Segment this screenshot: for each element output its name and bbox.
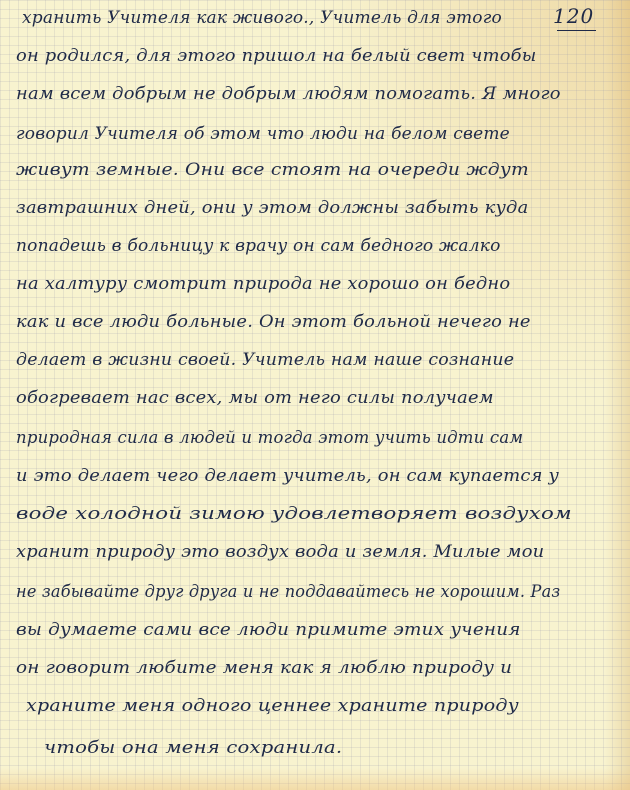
text-line: как и все люди больные. Он этот больной …: [16, 312, 531, 332]
notebook-page: 120 хранить Учителя как живого., Учитель…: [0, 0, 630, 790]
text-line: не забывайте друг друга и не поддавайтес…: [16, 582, 560, 602]
text-line: делает в жизни своей. Учитель нам наше с…: [16, 350, 514, 370]
text-line: живут земные. Они все стоят на очереди ж…: [16, 160, 529, 180]
text-line: нам всем добрым не добрым людям помогать…: [16, 84, 561, 104]
text-line: хранить Учителя как живого., Учитель для…: [22, 8, 502, 28]
handwritten-text: хранить Учителя как живого., Учитель для…: [0, 0, 630, 790]
text-line: природная сила в людей и тогда этот учит…: [16, 428, 523, 448]
text-line: и это делает чего делает учитель, он сам…: [16, 466, 559, 486]
text-line: попадешь в больницу к врачу он сам бедно…: [16, 236, 501, 256]
text-line: воде холодной зимою удовлетворяет воздух…: [16, 504, 572, 524]
text-line: он говорит любите меня как я люблю приро…: [16, 658, 512, 678]
text-line: вы думаете сами все люди примите этих уч…: [16, 620, 521, 640]
text-line: говорил Учителя об этом что люди на бело…: [16, 124, 510, 144]
text-line: обогревает нас всех, мы от него силы пол…: [16, 388, 494, 408]
text-line: он родился, для этого пришол на белый св…: [16, 46, 537, 66]
text-line: хранит природу это воздух вода и земля. …: [16, 542, 544, 562]
text-line: завтрашних дней, они у этом должны забыт…: [16, 198, 528, 218]
text-line: храните меня одного ценнее храните приро…: [26, 696, 519, 716]
text-line: чтобы она меня сохранила.: [44, 738, 342, 758]
paper-edge-stain: [0, 768, 630, 790]
text-line: на халтуру смотрит природа не хорошо он …: [16, 274, 510, 294]
